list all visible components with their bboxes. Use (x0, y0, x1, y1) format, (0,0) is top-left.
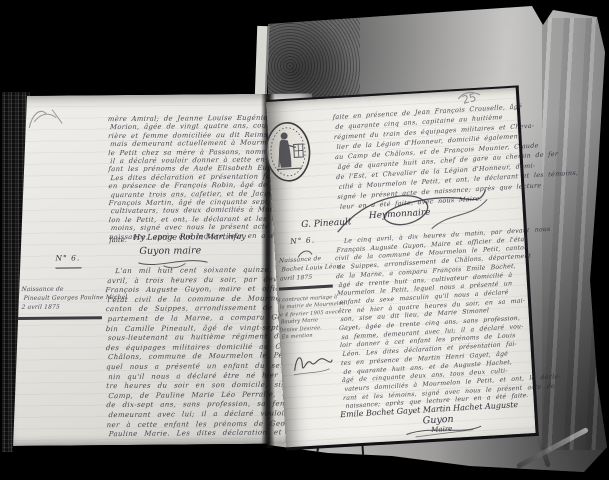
left-act1-witness-signatures: Hy Lepage Robin Martinfay (133, 232, 246, 242)
page-edge-sliver (255, 26, 270, 98)
right-page: 25 faite en présence de Jean François Cr… (266, 85, 539, 450)
mention-signature-scrawl-icon (288, 346, 336, 379)
left-margin-act-number: N° 6. (55, 253, 80, 262)
register-scan-photo: mère Amiral; de Jeanne Louise EugénieMor… (0, 0, 609, 480)
margin-rule-thick (18, 316, 102, 319)
pencil-scribble-icon (26, 103, 68, 133)
margin-rule (55, 267, 81, 268)
signature-flourish-icon (403, 420, 486, 441)
marriage-mention-note: a contracté mariage àla mairie de Mourme… (277, 294, 345, 342)
pencil-flourish-icon (456, 90, 483, 101)
margin-rule-thick (279, 284, 333, 290)
right-margin-note: Naissance deBochet Louis Léonavril 1875 (279, 254, 339, 284)
right-act2-text: Le cinq avril, à dix heures du matin, pa… (334, 226, 560, 412)
right-margin-act-number: N° 6. (290, 235, 315, 245)
revenue-stamp-icon (263, 120, 312, 185)
left-act1-tail: faite. (109, 236, 127, 244)
